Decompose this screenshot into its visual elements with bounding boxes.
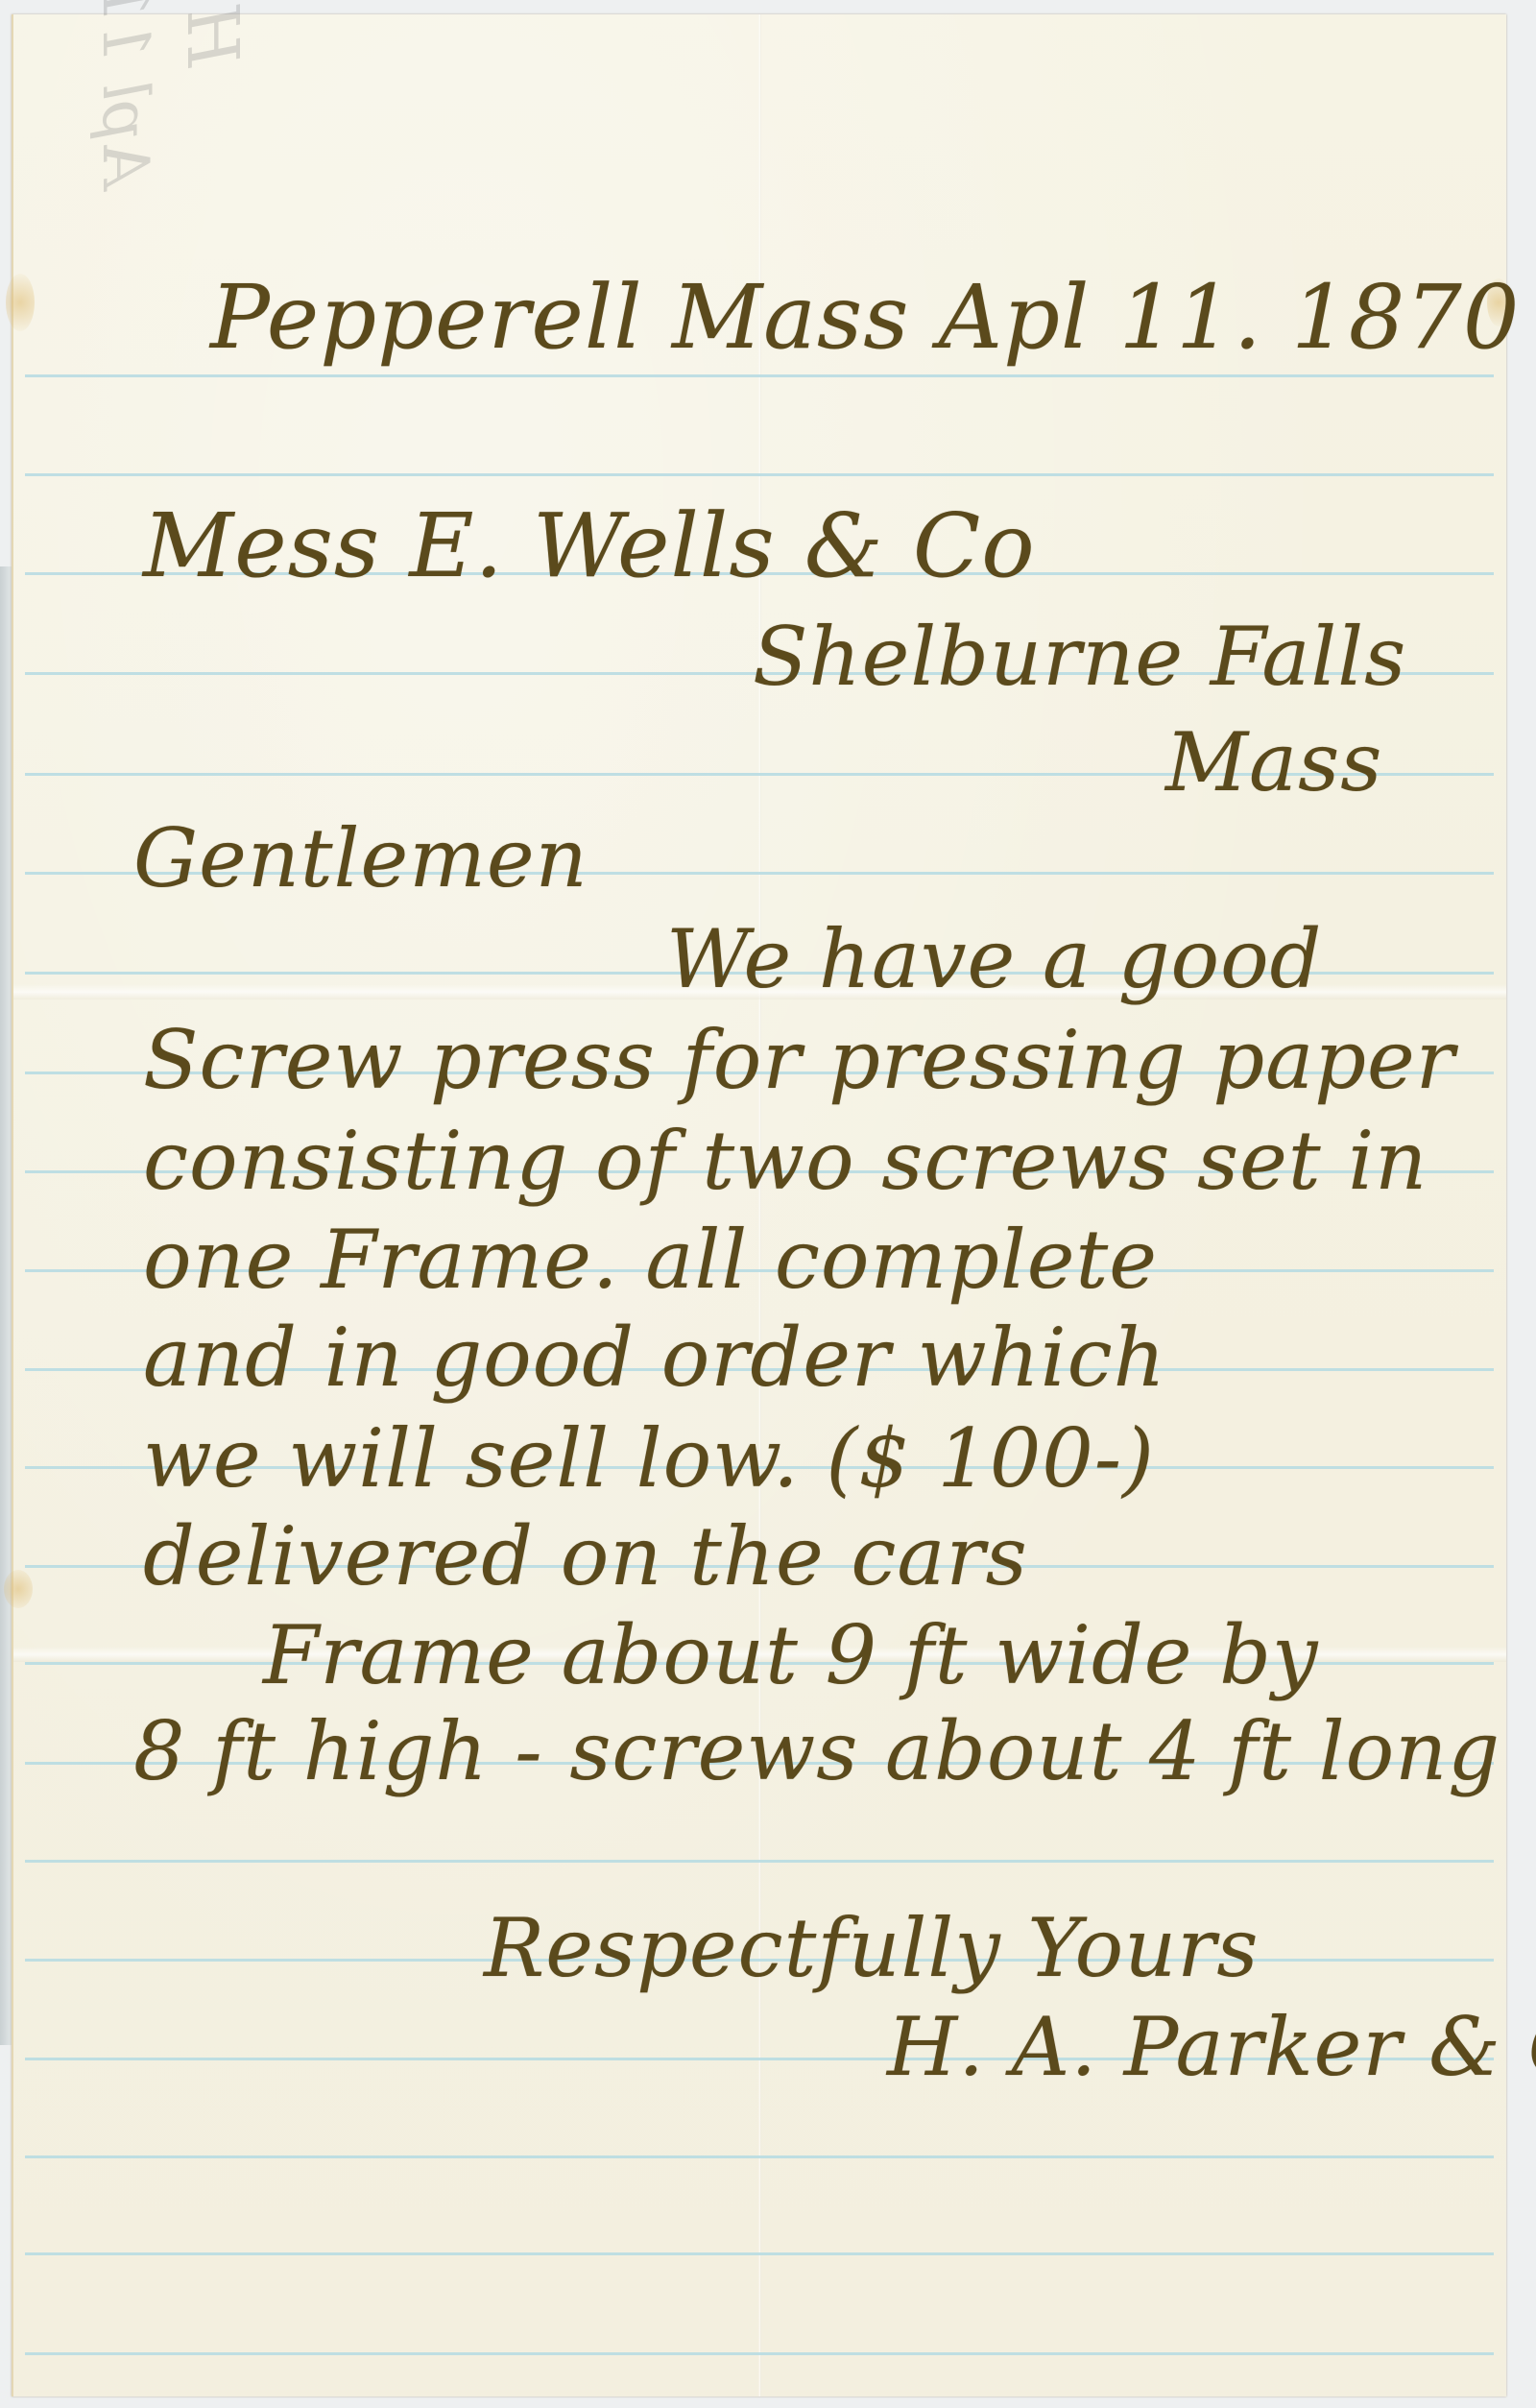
body-line-4: one Frame. all complete	[143, 1213, 1158, 1307]
signature: H. A. Parker & Co	[887, 2000, 1536, 2094]
body-line-6-price: we will sell low. ($ 100-)	[143, 1411, 1155, 1505]
ruled-line	[25, 2352, 1494, 2355]
body-line-9-dimensions: 8 ft high - screws about 4 ft long	[133, 1704, 1500, 1798]
body-line-8-dimensions: Frame about 9 ft wide by	[263, 1608, 1318, 1702]
letter-sheet: H. A. Parker & Co Apl 11 Pepperell Mass …	[12, 14, 1506, 2396]
ruled-line	[25, 473, 1494, 476]
body-line-3: consisting of two screws set in	[143, 1114, 1428, 1208]
docket-show-through-line1: H. A. Parker & Co	[171, 0, 253, 67]
ruled-line	[25, 374, 1494, 377]
edge-stain	[4, 1570, 33, 1608]
body-line-5: and in good order which	[143, 1311, 1166, 1405]
addressee-state: Mass	[1165, 715, 1382, 809]
closing: Respectfully Yours	[484, 1901, 1260, 1995]
salutation: Gentlemen	[133, 811, 588, 905]
addressee-name: Mess E. Wells & Co	[143, 494, 1036, 597]
body-line-7: delivered on the cars	[143, 1509, 1028, 1603]
body-line-2: Screw press for pressing paper	[143, 1013, 1455, 1107]
body-line-1: We have a good	[666, 912, 1322, 1006]
place-date-line: Pepperell Mass Apl 11. 1870	[210, 266, 1520, 369]
ruled-line	[25, 2155, 1494, 2158]
ruled-line	[25, 2252, 1494, 2255]
docket-show-through-line2: Apl 11	[88, 0, 162, 187]
addressee-city: Shelburne Falls	[753, 610, 1406, 704]
edge-stain	[6, 274, 35, 331]
ruled-line	[25, 1860, 1494, 1863]
